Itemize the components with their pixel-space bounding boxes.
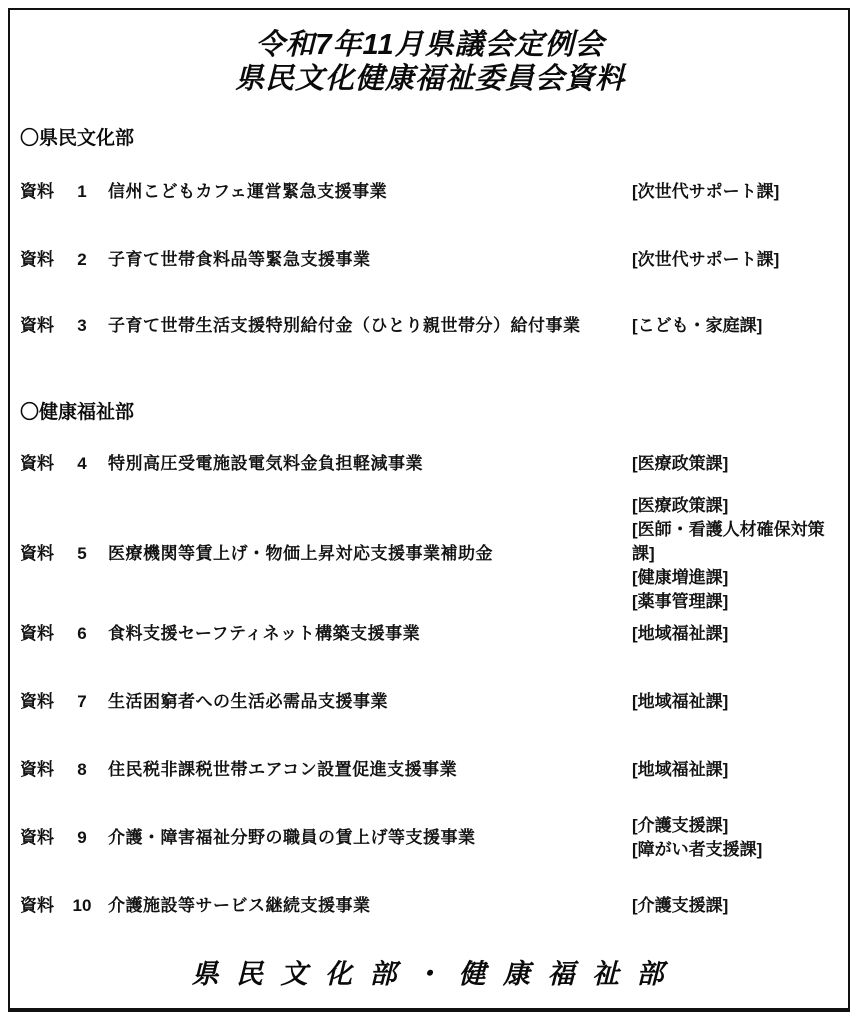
item-departments: [次世代サポート課]: [632, 248, 844, 272]
item-departments: [医療政策課] [医師・看護人材確保対策課] [健康増進課] [薬事管理課]: [632, 494, 844, 614]
item-label: 資料 8: [20, 758, 108, 782]
item-departments: [次世代サポート課]: [632, 180, 844, 204]
page-border-frame: 令和7年11月県議会定例会 県民文化健康福祉委員会資料 〇県民文化部 資料 1 …: [8, 8, 850, 1012]
item-departments: [こども・家庭課]: [632, 314, 844, 338]
item-departments: [地域福祉課]: [632, 622, 844, 646]
section-heading-kenmin-bunka: 〇県民文化部: [16, 126, 844, 152]
item-number: 8: [64, 758, 100, 782]
item-label-text: 資料: [20, 542, 54, 566]
item-title: 子育て世帯生活支援特別給付金（ひとり親世帯分）給付事業: [108, 314, 632, 338]
item-title: 信州こどもカフェ運営緊急支援事業: [108, 180, 632, 204]
item-label: 資料 9: [20, 826, 108, 850]
doc-item-row-7: 資料 7 生活困窮者への生活必需品支援事業 [地域福祉課]: [16, 690, 844, 714]
doc-item-row-9: 資料 9 介護・障害福祉分野の職員の賃上げ等支援事業 [介護支援課] [障がい者…: [16, 814, 844, 862]
department: [医師・看護人材確保対策課]: [632, 518, 844, 566]
item-title: 食料支援セーフティネット構築支援事業: [108, 622, 632, 646]
item-label-text: 資料: [20, 826, 54, 850]
page-content: 令和7年11月県議会定例会 県民文化健康福祉委員会資料 〇県民文化部 資料 1 …: [10, 28, 848, 1024]
item-title: 医療機関等賃上げ・物価上昇対応支援事業補助金: [108, 542, 632, 566]
item-departments: [介護支援課] [障がい者支援課]: [632, 814, 844, 862]
department: [地域福祉課]: [632, 758, 844, 782]
item-number: 9: [64, 826, 100, 850]
item-number: 10: [64, 894, 100, 918]
item-number: 4: [64, 452, 100, 476]
item-label-text: 資料: [20, 248, 54, 272]
item-departments: [医療政策課]: [632, 452, 844, 476]
item-number: 5: [64, 542, 100, 566]
department: [介護支援課]: [632, 894, 844, 918]
department: [次世代サポート課]: [632, 180, 844, 204]
item-departments: [介護支援課]: [632, 894, 844, 918]
department: [地域福祉課]: [632, 690, 844, 714]
doc-item-row-6: 資料 6 食料支援セーフティネット構築支援事業 [地域福祉課]: [16, 622, 844, 646]
item-label-text: 資料: [20, 314, 54, 338]
department: [次世代サポート課]: [632, 248, 844, 272]
item-departments: [地域福祉課]: [632, 690, 844, 714]
department: [こども・家庭課]: [632, 314, 844, 338]
department: [障がい者支援課]: [632, 838, 844, 862]
item-number: 2: [64, 248, 100, 272]
doc-item-row-10: 資料 10 介護施設等サービス継続支援事業 [介護支援課]: [16, 894, 844, 918]
item-label: 資料 4: [20, 452, 108, 476]
item-title: 子育て世帯食料品等緊急支援事業: [108, 248, 632, 272]
doc-item-row-1: 資料 1 信州こどもカフェ運営緊急支援事業 [次世代サポート課]: [16, 180, 844, 204]
item-label: 資料 5: [20, 542, 108, 566]
department: [健康増進課]: [632, 566, 844, 590]
item-number: 7: [64, 690, 100, 714]
doc-item-row-5: 資料 5 医療機関等賃上げ・物価上昇対応支援事業補助金 [医療政策課] [医師・…: [16, 494, 844, 614]
item-label: 資料 7: [20, 690, 108, 714]
doc-item-row-8: 資料 8 住民税非課税世帯エアコン設置促進支援事業 [地域福祉課]: [16, 758, 844, 782]
department: [医療政策課]: [632, 494, 844, 518]
document-title-line2: 県民文化健康福祉委員会資料: [16, 62, 844, 96]
item-label: 資料 1: [20, 180, 108, 204]
item-label-text: 資料: [20, 758, 54, 782]
item-number: 6: [64, 622, 100, 646]
document-title-line1: 令和7年11月県議会定例会: [16, 28, 844, 62]
item-title: 生活困窮者への生活必需品支援事業: [108, 690, 632, 714]
department: [医療政策課]: [632, 452, 844, 476]
item-number: 3: [64, 314, 100, 338]
item-label: 資料 3: [20, 314, 108, 338]
document-page: 令和7年11月県議会定例会 県民文化健康福祉委員会資料 〇県民文化部 資料 1 …: [0, 0, 862, 1024]
item-label-text: 資料: [20, 180, 54, 204]
doc-item-row-4: 資料 4 特別高圧受電施設電気料金負担軽減事業 [医療政策課]: [16, 452, 844, 476]
item-label: 資料 2: [20, 248, 108, 272]
item-label-text: 資料: [20, 894, 54, 918]
document-footer: 県 民 文 化 部 ・ 健 康 福 祉 部: [16, 952, 844, 991]
item-title: 介護施設等サービス継続支援事業: [108, 894, 632, 918]
item-label: 資料 10: [20, 894, 108, 918]
item-label-text: 資料: [20, 452, 54, 476]
item-label-text: 資料: [20, 622, 54, 646]
item-label-text: 資料: [20, 690, 54, 714]
department: [薬事管理課]: [632, 590, 844, 614]
department: [地域福祉課]: [632, 622, 844, 646]
item-title: 介護・障害福祉分野の職員の賃上げ等支援事業: [108, 826, 632, 850]
document-title: 令和7年11月県議会定例会 県民文化健康福祉委員会資料: [16, 28, 844, 96]
department: [介護支援課]: [632, 814, 844, 838]
doc-item-row-2: 資料 2 子育て世帯食料品等緊急支援事業 [次世代サポート課]: [16, 248, 844, 272]
item-departments: [地域福祉課]: [632, 758, 844, 782]
item-label: 資料 6: [20, 622, 108, 646]
item-title: 住民税非課税世帯エアコン設置促進支援事業: [108, 758, 632, 782]
doc-item-row-3: 資料 3 子育て世帯生活支援特別給付金（ひとり親世帯分）給付事業 [こども・家庭…: [16, 314, 844, 338]
section-heading-kenko-fukushi: 〇健康福祉部: [16, 400, 844, 426]
item-number: 1: [64, 180, 100, 204]
item-title: 特別高圧受電施設電気料金負担軽減事業: [108, 452, 632, 476]
